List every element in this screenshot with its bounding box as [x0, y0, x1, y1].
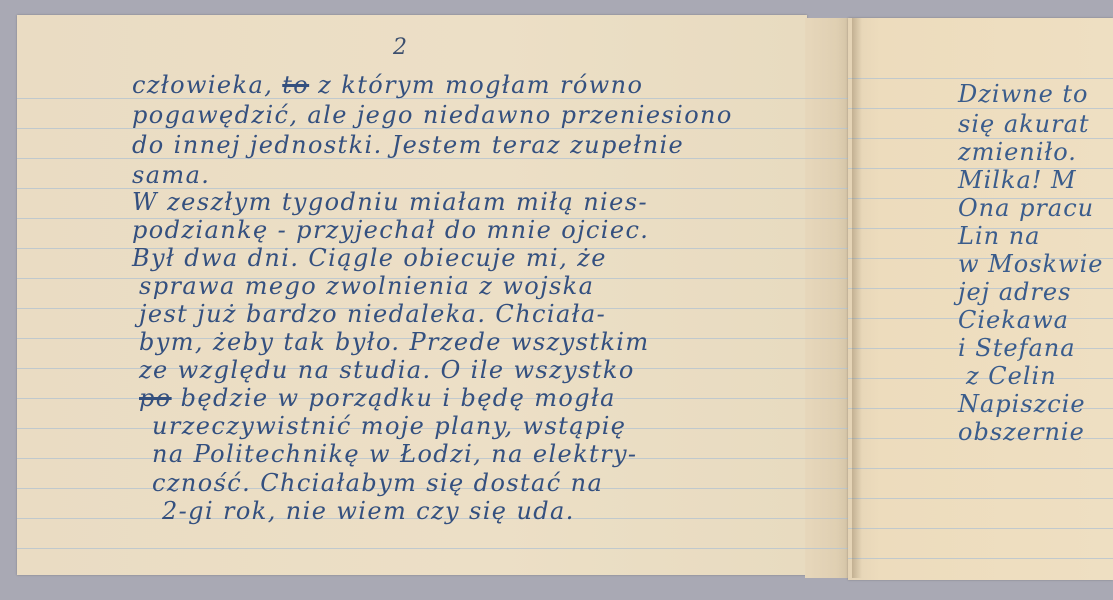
handwritten-line: Ona pracu — [958, 194, 1094, 222]
left-page: 2 człowieka, to z którym mogłam równo po… — [17, 15, 807, 575]
handwritten-line: sprawa mego zwolnienia z wojska — [139, 272, 594, 300]
line-text: z którym mogłam równo — [309, 71, 643, 99]
handwritten-line: bym, żeby tak było. Przede wszystkim — [139, 328, 650, 356]
handwritten-line: do innej jednostki. Jestem teraz zupełni… — [132, 131, 684, 159]
line-text: będzie w porządku i będę mogła — [172, 384, 616, 412]
struck-word: po — [139, 384, 172, 412]
struck-word: to — [282, 71, 309, 99]
handwritten-line: i Stefana — [958, 334, 1076, 362]
handwritten-line: Ciekawa — [958, 306, 1069, 334]
handwritten-line: na Politechnikę w Łodzi, na elektry- — [152, 440, 637, 468]
handwritten-line: Lin na — [958, 222, 1040, 250]
handwritten-line: człowieka, to z którym mogłam równo — [132, 71, 643, 99]
right-page: Dziwne to się akurat zmieniło. Milka! M … — [848, 18, 1113, 580]
document-scan: 2 człowieka, to z którym mogłam równo po… — [0, 0, 1113, 600]
handwritten-line: urzeczywistnić moje plany, wstąpię — [152, 412, 626, 440]
handwritten-line: sama. — [132, 161, 210, 189]
handwritten-line: jest już bardzo niedaleka. Chciała- — [139, 300, 606, 328]
handwritten-line: obszernie — [958, 418, 1085, 446]
handwritten-line: Napiszcie — [958, 390, 1086, 418]
handwritten-line: jej adres — [958, 278, 1071, 306]
handwritten-line: ze względu na studia. O ile wszystko — [139, 356, 635, 384]
handwritten-line: czność. Chciałabym się dostać na — [152, 469, 603, 497]
handwritten-line: pogawędzić, ale jego niedawno przeniesio… — [132, 101, 733, 129]
handwritten-line: Dziwne to — [958, 80, 1089, 108]
line-text: człowieka, — [132, 71, 282, 99]
handwritten-line: Był dwa dni. Ciągle obiecuje mi, że — [132, 244, 607, 272]
handwritten-line: 2-gi rok, nie wiem czy się uda. — [162, 497, 575, 525]
handwritten-line: z Celin — [966, 362, 1057, 390]
page-number: 2 — [393, 35, 407, 60]
handwritten-line: w Moskwie — [958, 250, 1103, 278]
handwritten-line: W zeszłym tygodniu miałam miłą nies- — [132, 188, 648, 216]
handwritten-line: podziankę - przyjechał do mnie ojciec. — [132, 216, 649, 244]
handwritten-line: Milka! M — [958, 166, 1077, 194]
handwritten-line: zmieniło. — [958, 138, 1077, 166]
handwritten-line: po będzie w porządku i będę mogła — [139, 384, 616, 412]
fold-shadow — [852, 18, 862, 578]
handwritten-line: się akurat — [958, 110, 1090, 138]
